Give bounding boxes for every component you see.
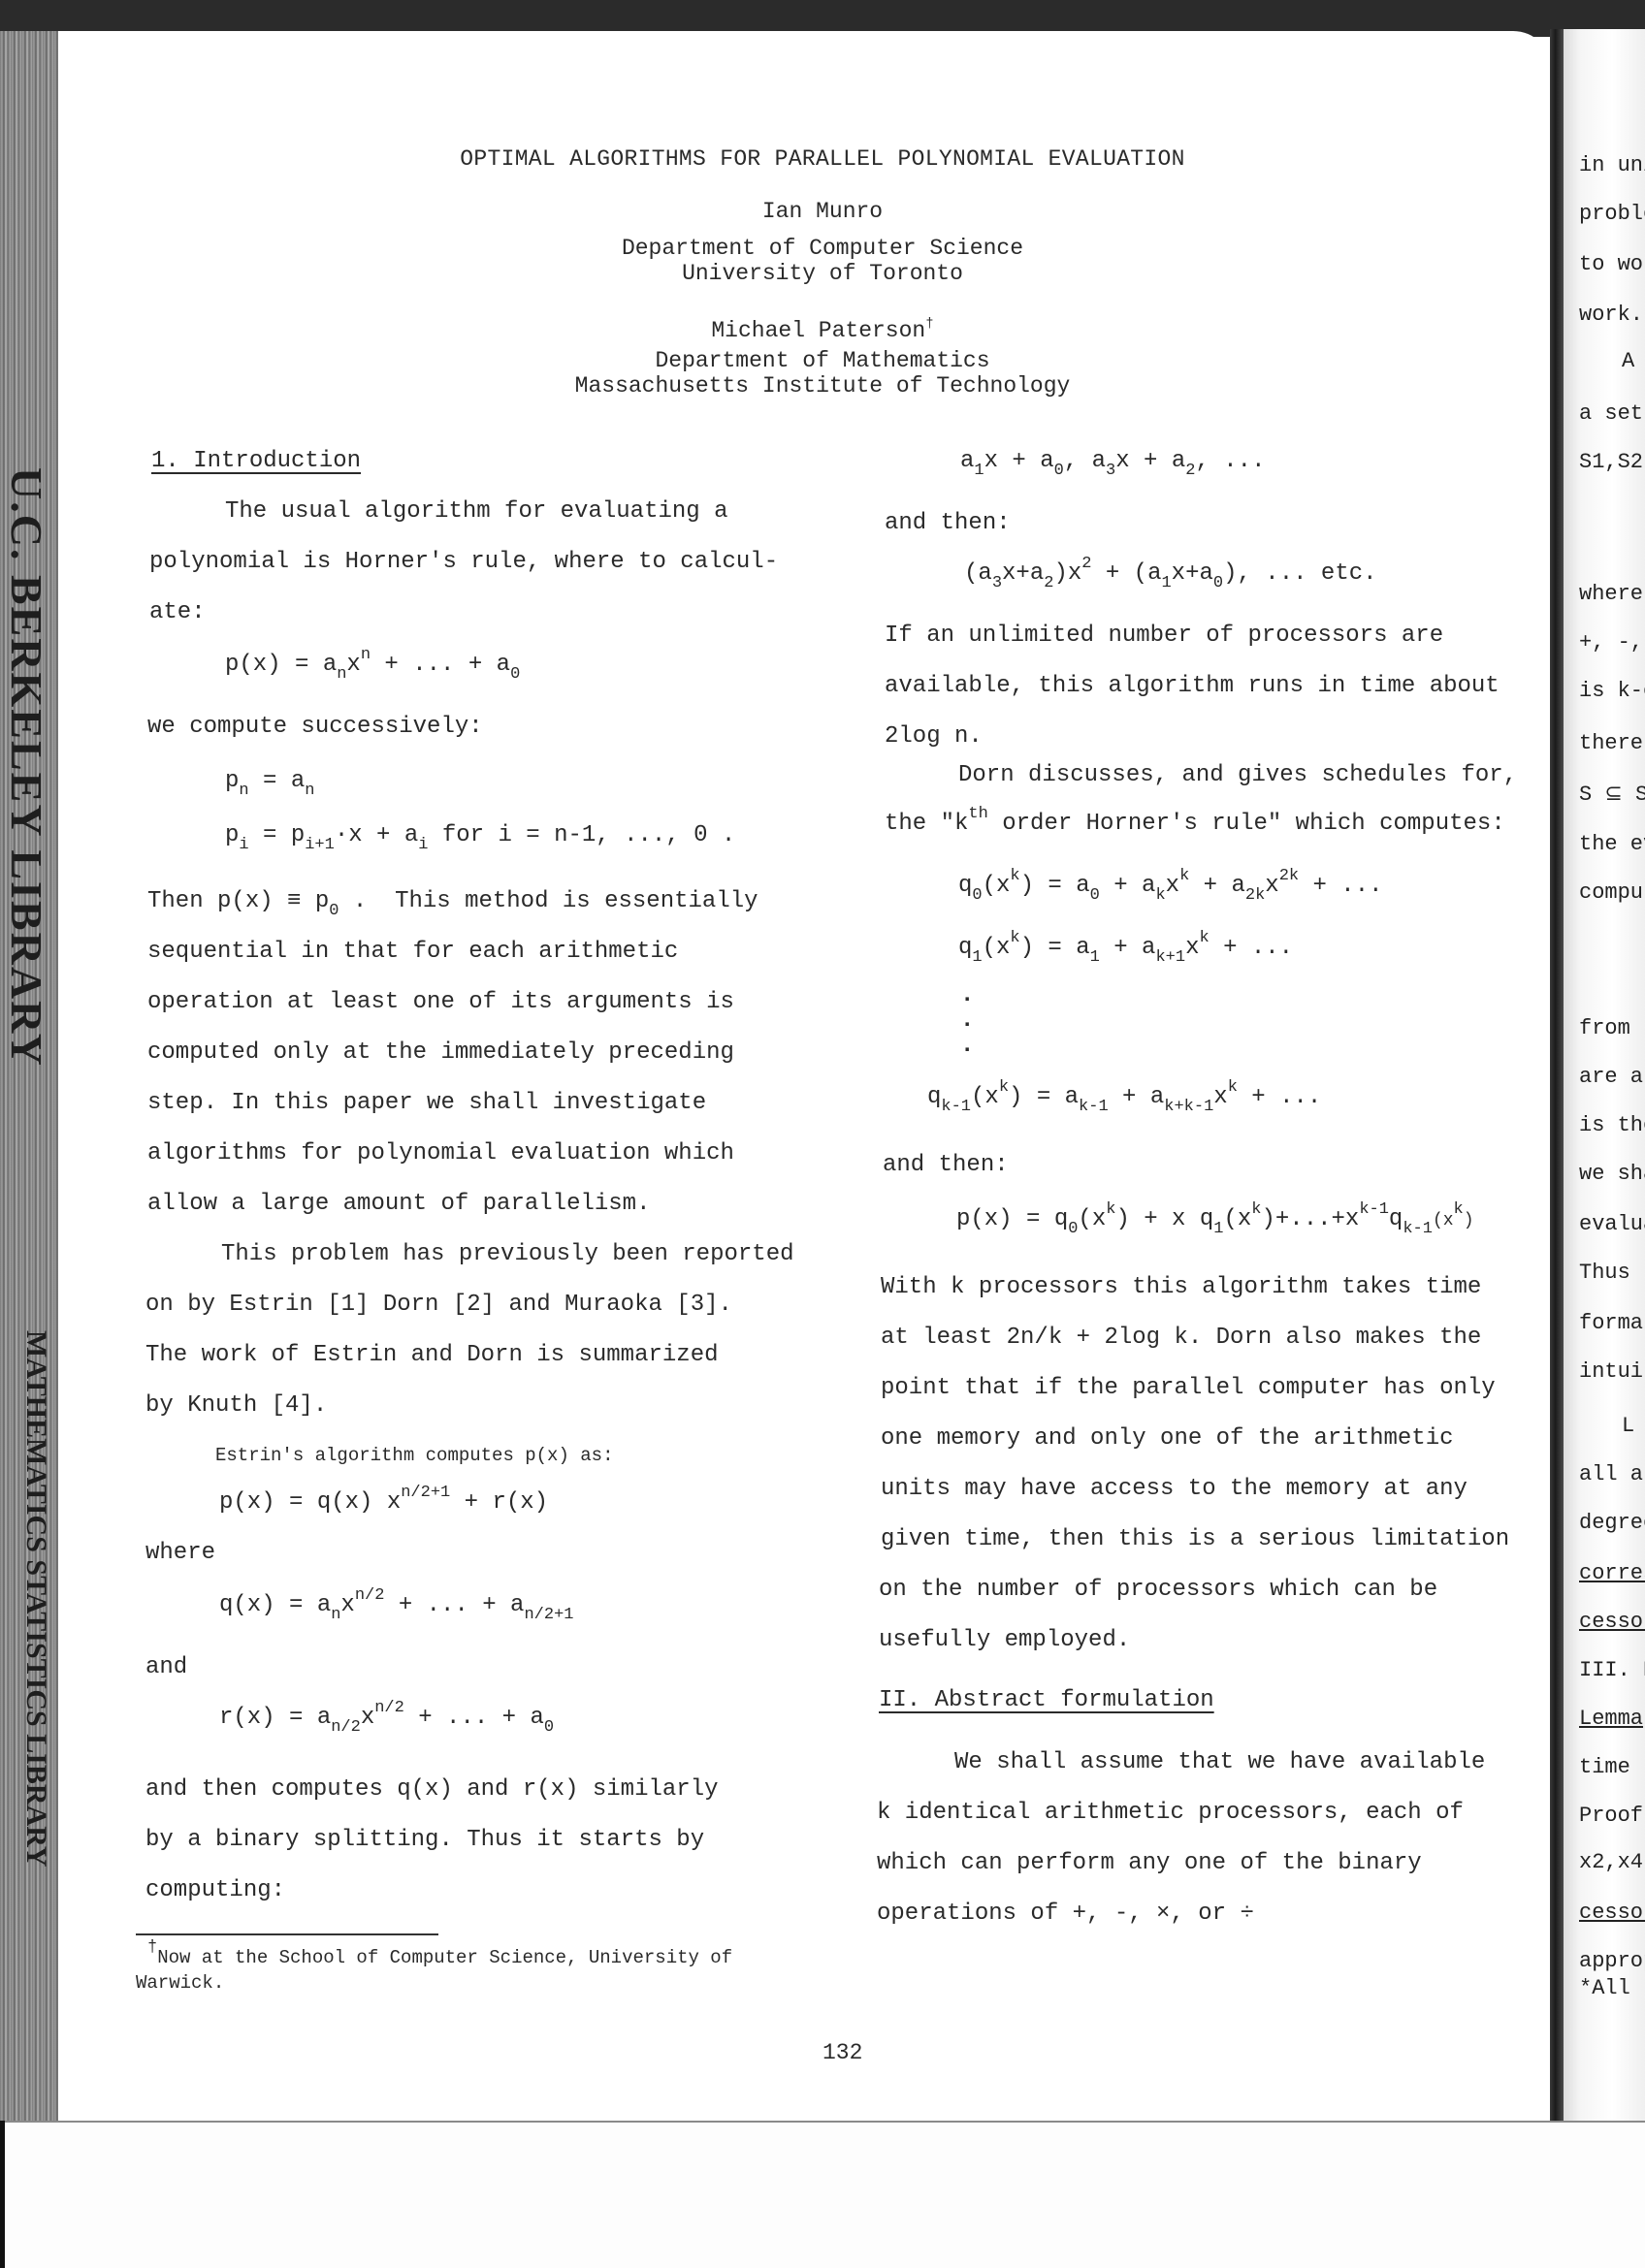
body-line: usefully employed. xyxy=(879,1627,1130,1653)
adjacent-page-text: cessor xyxy=(1579,1901,1645,1925)
adjacent-page-text: all al xyxy=(1579,1462,1645,1486)
body-line: on by Estrin [1] Dorn [2] and Muraoka [3… xyxy=(145,1292,732,1318)
body-line: k identical arithmetic processors, each … xyxy=(877,1800,1464,1826)
adjacent-page-text: from { xyxy=(1579,1016,1645,1040)
body-line: and then: xyxy=(883,1152,1009,1178)
equation-pairs: a1x + a0, a3x + a2, ... xyxy=(960,448,1265,474)
body-line: at least 2n/k + 2log k. Dorn also makes … xyxy=(881,1325,1481,1351)
scan-bottom-margin xyxy=(0,2121,1645,2268)
adjacent-page-text: cessor xyxy=(1579,1610,1645,1634)
body-line: on the number of processors which can be xyxy=(879,1577,1437,1603)
equation-qk-1: qk-1(xk) = ak-1 + ak+k-1xk + ... xyxy=(927,1084,1321,1110)
adjacent-page-text: the ev xyxy=(1579,832,1645,856)
body-line: The work of Estrin and Dorn is summarize… xyxy=(145,1342,719,1368)
body-line: algorithms for polynomial evaluation whi… xyxy=(147,1140,734,1166)
scan-edge xyxy=(0,2121,5,2268)
adjacent-page-text: x2,x4,: xyxy=(1579,1850,1645,1874)
section-heading-abstract-formulation: II. Abstract formulation xyxy=(879,1687,1214,1713)
body-line: by Knuth [4]. xyxy=(145,1392,327,1419)
body-line-then: Then p(x) ≡ p0 . This method is essentia… xyxy=(147,888,758,914)
spine-stamp-library: U.C. BERKELEY LIBRARY xyxy=(14,467,52,1068)
body-line: If an unlimited number of processors are xyxy=(885,623,1443,649)
body-line: allow a large amount of parallelism. xyxy=(147,1191,650,1217)
body-line: computed only at the immediately precedi… xyxy=(147,1039,734,1066)
adjacent-page-text: there xyxy=(1579,731,1643,755)
body-line: ate: xyxy=(149,599,206,625)
body-line: one memory and only one of the arithmeti… xyxy=(881,1425,1454,1452)
paper-title: OPTIMAL ALGORITHMS FOR PARALLEL POLYNOMI… xyxy=(0,145,1645,173)
adjacent-page-text: approp xyxy=(1579,1949,1645,1973)
adjacent-page-text: +, -, xyxy=(1579,630,1643,655)
equation-q1: q1(xk) = a1 + ak+1xk + ... xyxy=(958,935,1293,961)
body-line: This problem has previously been reporte… xyxy=(221,1241,794,1267)
equation-r: r(x) = an/2xn/2 + ... + a0 xyxy=(219,1705,554,1731)
body-line: and xyxy=(145,1654,187,1680)
body-line: computing: xyxy=(145,1877,285,1903)
affiliation-toronto-univ: University of Toronto xyxy=(0,260,1645,287)
adjacent-page-text: is k-c xyxy=(1579,679,1645,703)
page-number: 132 xyxy=(822,2040,862,2065)
body-line: Dorn discusses, and gives schedules for, xyxy=(958,762,1517,788)
adjacent-page-text: is the xyxy=(1579,1113,1645,1137)
body-line: sequential in that for each arithmetic xyxy=(147,939,678,965)
body-line: units may have access to the memory at a… xyxy=(881,1476,1468,1502)
adjacent-page-text: Proof. xyxy=(1579,1804,1645,1828)
vertical-ellipsis-dot: · xyxy=(960,1012,974,1038)
affiliation-mit-dept: Department of Mathematics xyxy=(0,347,1645,374)
adjacent-page-text: comput xyxy=(1579,880,1645,905)
equation-q: q(x) = anxn/2 + ... + an/2+1 xyxy=(219,1592,573,1618)
adjacent-page-text: where xyxy=(1579,582,1643,606)
author-paterson-name: Michael Paterson xyxy=(711,318,925,343)
equation-q0: q0(xk) = a0 + akxk + a2kx2k + ... xyxy=(958,873,1383,899)
body-line: With k processors this algorithm takes t… xyxy=(881,1274,1481,1300)
author-munro: Ian Munro xyxy=(0,198,1645,225)
body-line-estrin: Estrin's algorithm computes p(x) as: xyxy=(215,1445,613,1466)
body-line: operations of +, -, ×, or ÷ xyxy=(877,1901,1254,1927)
body-line: point that if the parallel computer has … xyxy=(881,1375,1496,1401)
body-line: The usual algorithm for evaluating a xyxy=(225,498,727,525)
adjacent-page-text: III. P xyxy=(1579,1658,1645,1682)
adjacent-page-text: are al xyxy=(1579,1065,1645,1089)
body-line: We shall assume that we have available xyxy=(954,1749,1485,1775)
body-line: which can perform any one of the binary xyxy=(877,1850,1422,1876)
adjacent-page-text: formal xyxy=(1579,1311,1645,1335)
equation-horner-step: pi = pi+1·x + ai for i = n-1, ..., 0 . xyxy=(225,822,735,848)
adjacent-page-text: evalua xyxy=(1579,1212,1645,1236)
adjacent-page-text: time xyxy=(1579,1755,1630,1779)
adjacent-page-text: degree xyxy=(1579,1511,1645,1535)
body-line: by a binary splitting. Thus it starts by xyxy=(145,1827,704,1853)
adjacent-page-text: corres xyxy=(1579,1561,1645,1585)
body-line: 2log n. xyxy=(885,723,983,750)
adjacent-page-text: S1,S2, xyxy=(1579,450,1645,474)
adjacent-page-text: we sha xyxy=(1579,1162,1645,1186)
vertical-ellipsis-dot: · xyxy=(960,987,974,1013)
affiliation-mit: Massachusetts Institute of Technology xyxy=(0,372,1645,399)
adjacent-page-text: intuit xyxy=(1579,1359,1645,1384)
adjacent-page-text: Lemma xyxy=(1579,1707,1643,1731)
body-line-kth: the "kth order Horner's rule" which comp… xyxy=(885,811,1505,837)
body-line: we compute successively: xyxy=(147,714,483,740)
adjacent-page-text: S ⊆ St xyxy=(1579,782,1645,807)
author-paterson: Michael Paterson† xyxy=(0,310,1645,344)
equation-final: p(x) = q0(xk) + x q1(xk)+...+xk-1qk-1(xk… xyxy=(956,1206,1474,1232)
equation-estrin: p(x) = q(x) xn/2+1 + r(x) xyxy=(219,1489,548,1516)
footnote: †Now at the School of Computer Science, … xyxy=(147,1947,732,1968)
vertical-ellipsis-dot: · xyxy=(960,1038,974,1064)
section-heading-introduction: 1. Introduction xyxy=(151,448,361,474)
body-line: given time, then this is a serious limit… xyxy=(881,1526,1509,1552)
body-line: available, this algorithm runs in time a… xyxy=(885,673,1500,699)
adjacent-page-text: L xyxy=(1622,1414,1634,1438)
adjacent-page-text: *All lo xyxy=(1579,1976,1645,2000)
footnote-continued: Warwick. xyxy=(136,1972,224,1994)
spine-stamp-math-library: MATHEMATICS STATISTICS LIBRARY xyxy=(14,1330,52,1868)
adjacent-page-text: Thus t xyxy=(1579,1261,1645,1285)
body-line: and then: xyxy=(885,510,1011,536)
affiliation-toronto-dept: Department of Computer Science xyxy=(0,235,1645,262)
body-line: operation at least one of its arguments … xyxy=(147,989,734,1015)
footnote-rule xyxy=(136,1933,438,1935)
dagger-footnote-mark: † xyxy=(925,316,933,332)
body-line: where xyxy=(145,1540,215,1566)
body-line: step. In this paper we shall investigate xyxy=(147,1090,706,1116)
book-spine: U.C. BERKELEY LIBRARY MATHEMATICS STATIS… xyxy=(0,31,58,2121)
equation-polynomial: p(x) = anxn + ... + a0 xyxy=(225,652,520,678)
equation-horner-init: pn = an xyxy=(225,768,314,794)
equation-combine: (a3x+a2)x2 + (a1x+a0), ... etc. xyxy=(964,560,1377,587)
body-line: polynomial is Horner's rule, where to ca… xyxy=(149,549,778,575)
body-line: and then computes q(x) and r(x) similarl… xyxy=(145,1776,719,1803)
adjacent-page-text: a set xyxy=(1579,401,1643,426)
